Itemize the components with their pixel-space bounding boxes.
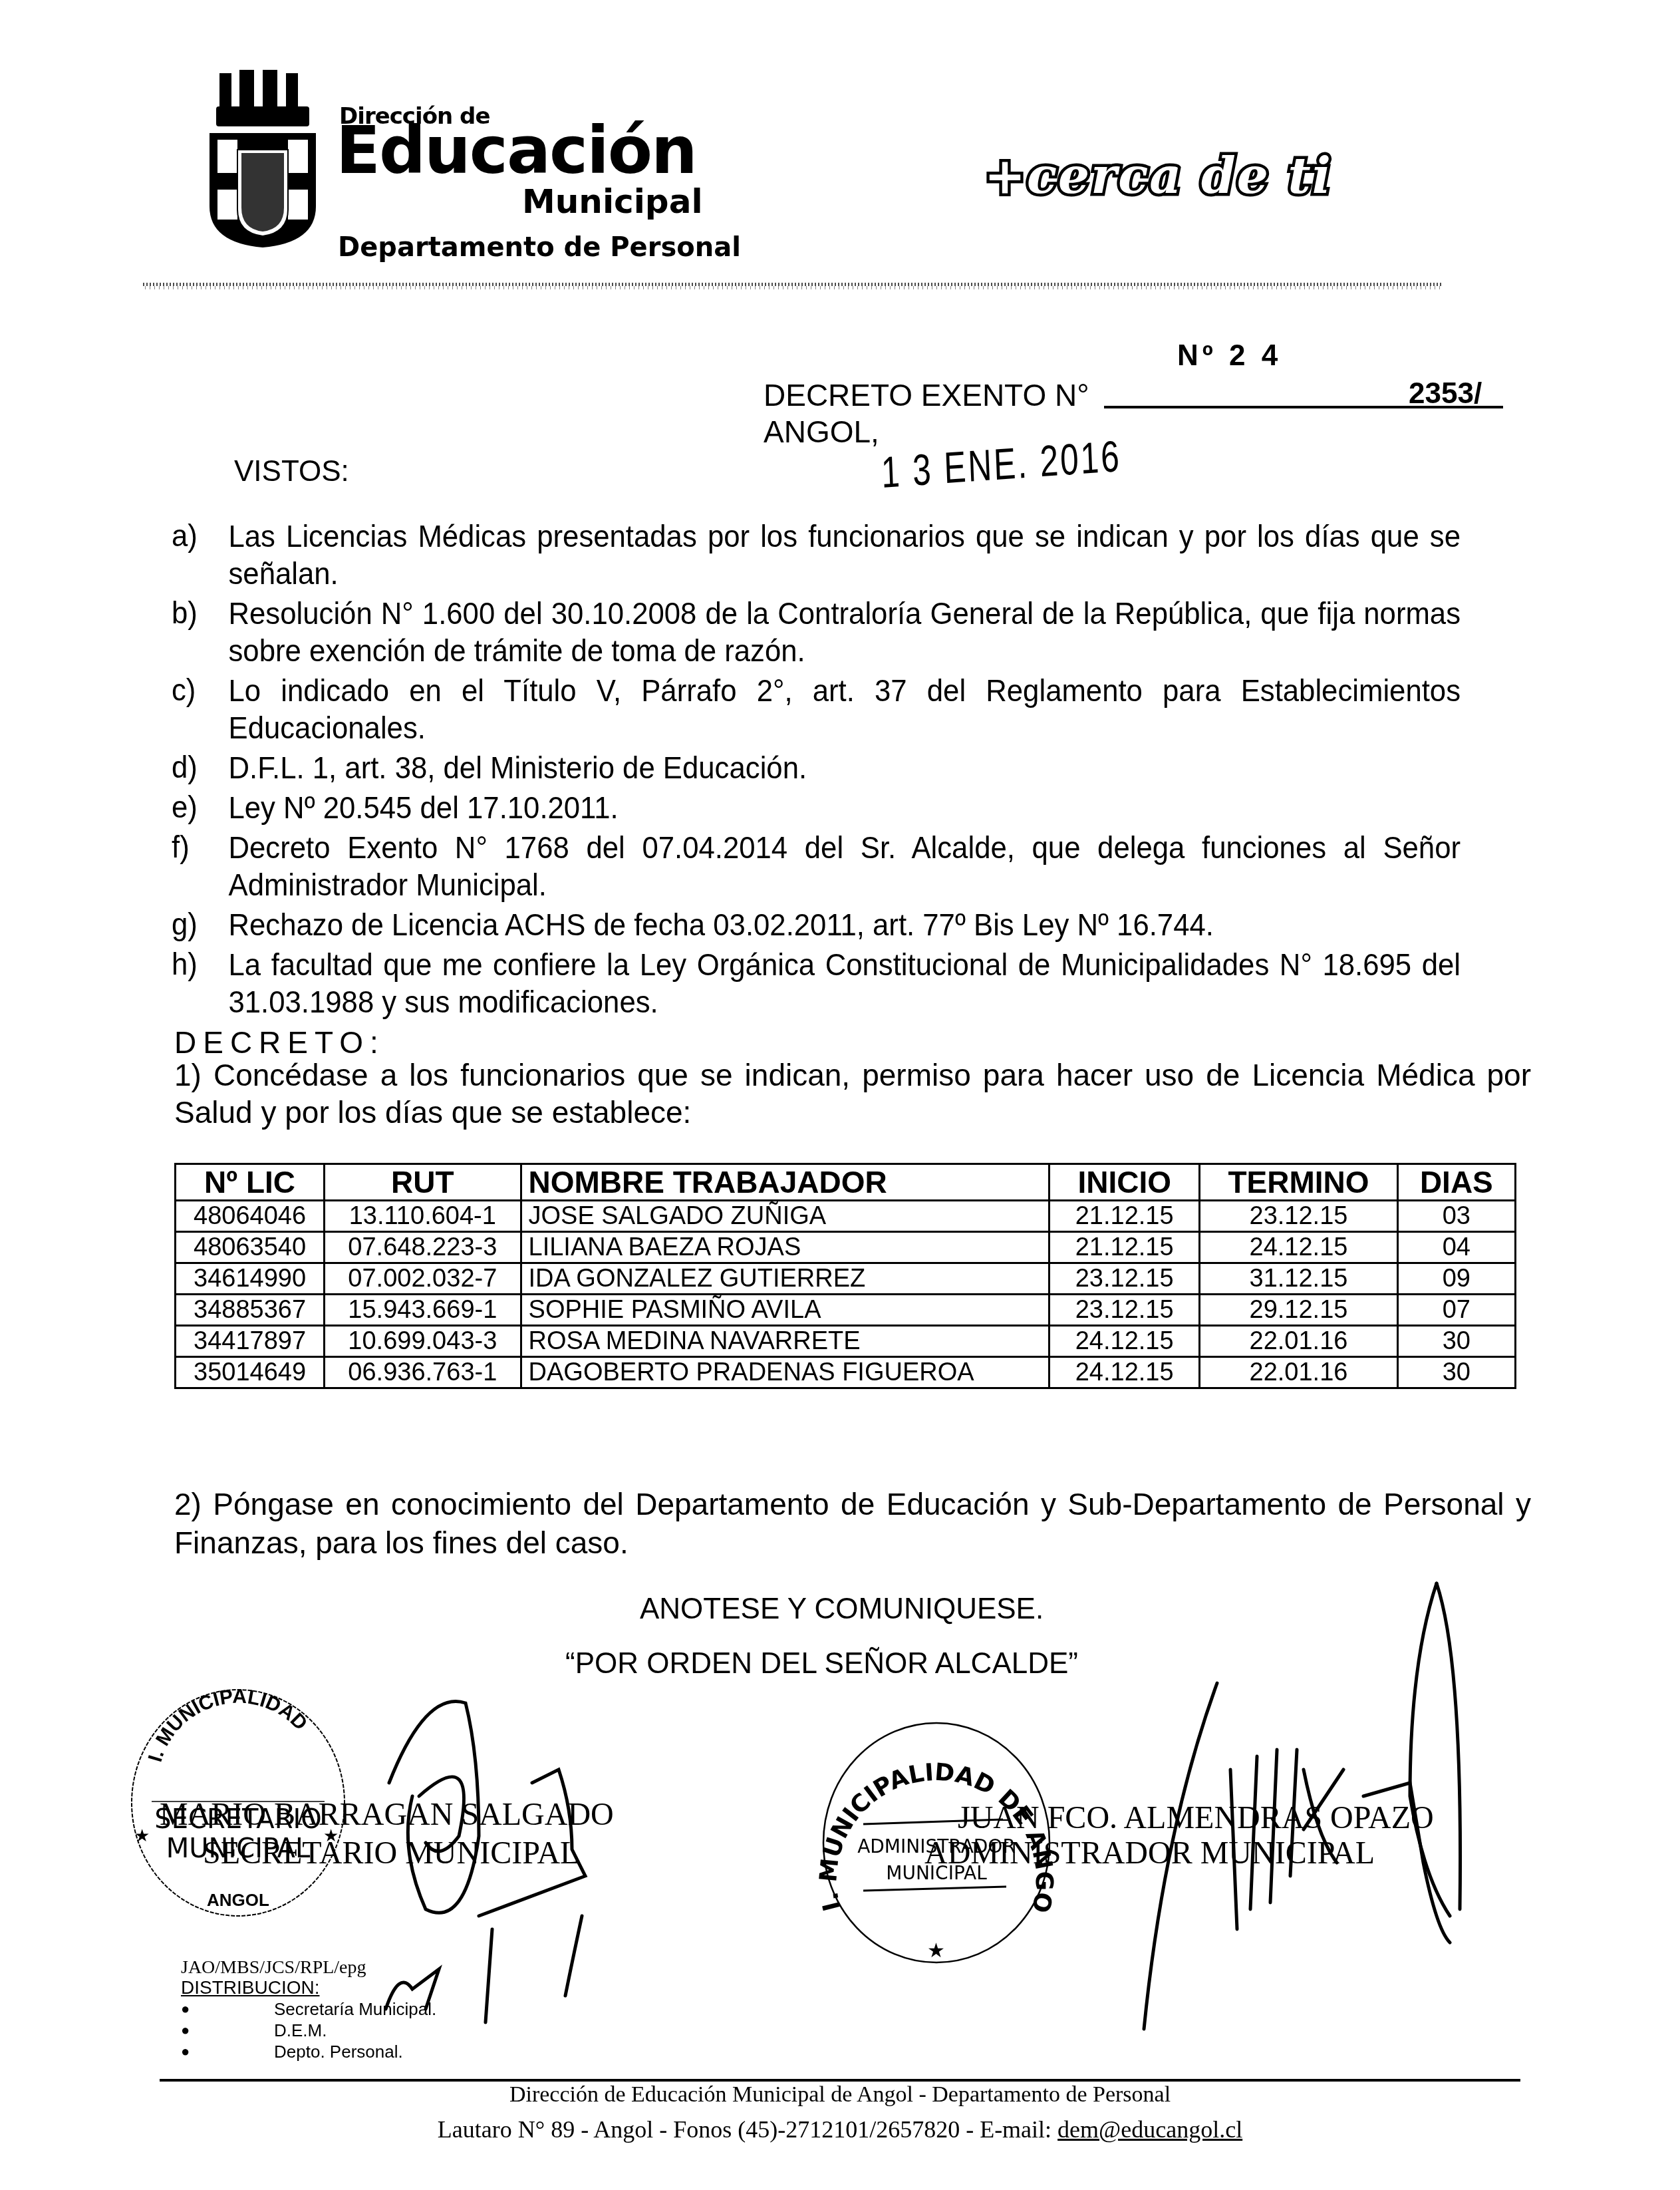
col-header-dias: DIAS [1397, 1164, 1515, 1201]
vistos-item-letter: e) [172, 789, 229, 826]
anotese-text: ANOTESE Y COMUNIQUESE. [640, 1593, 1044, 1626]
cell-nlic: 48064046 [176, 1201, 325, 1232]
table-header-row: Nº LIC RUT NOMBRE TRABAJADOR INICIO TERM… [176, 1164, 1516, 1201]
cell-rut: 15.943.669-1 [325, 1295, 521, 1326]
decreto-point-2: 2) Póngase en conocimiento del Departame… [174, 1485, 1531, 1562]
secretario-title: SECRETARIO MUNICIPAL [203, 1835, 579, 1871]
cell-inicio: 21.12.15 [1050, 1201, 1200, 1232]
distribution-item: ●D.E.M. [181, 2020, 436, 2041]
footer-email-link[interactable]: dem@educangol.cl [1057, 2116, 1242, 2143]
vistos-item-text: Ley Nº 20.545 del 17.10.2011. [229, 789, 1461, 826]
cell-rut: 07.648.223-3 [325, 1232, 521, 1263]
cell-dias: 07 [1397, 1295, 1515, 1326]
cell-rut: 13.110.604-1 [325, 1201, 521, 1232]
secretario-name: MARIO BARRAGAN SALGADO [160, 1796, 614, 1833]
cell-nombre: SOPHIE PASMIÑO AVILA [521, 1295, 1050, 1326]
vistos-item: b)Resolución N° 1.600 del 30.10.2008 de … [172, 595, 1461, 669]
vistos-item: d)D.F.L. 1, art. 38, del Ministerio de E… [172, 749, 1461, 786]
col-header-inicio: INICIO [1050, 1164, 1200, 1201]
cell-nlic: 34614990 [176, 1263, 325, 1295]
vistos-item-text: Lo indicado en el Título V, Párrafo 2°, … [229, 672, 1461, 746]
org-name-line3: Municipal [522, 185, 703, 218]
administrador-title: ADMINISTRADOR MUNICIPAL [924, 1835, 1375, 1871]
cell-inicio: 24.12.15 [1050, 1357, 1200, 1388]
vistos-item-letter: d) [172, 749, 229, 786]
table-body: 4806404613.110.604-1JOSE SALGADO ZUÑIGA2… [176, 1201, 1516, 1388]
vistos-item: f)Decreto Exento N° 1768 del 07.04.2014 … [172, 829, 1461, 903]
decreto-point-1: 1) Concédase a los funcionarios que se i… [174, 1056, 1531, 1131]
distribution-list: ●Secretaría Municipal. ●D.E.M. ●Depto. P… [181, 1998, 436, 2062]
cell-dias: 04 [1397, 1232, 1515, 1263]
table-row: 4806404613.110.604-1JOSE SALGADO ZUÑIGA2… [176, 1201, 1516, 1232]
distribution-item: ●Depto. Personal. [181, 2041, 436, 2062]
vistos-item-letter: a) [172, 518, 229, 592]
correlative-stamp: Nº 2 4 [1177, 339, 1282, 373]
cell-rut: 06.936.763-1 [325, 1357, 521, 1388]
vistos-item: g)Rechazo de Licencia ACHS de fecha 03.0… [172, 906, 1461, 943]
cell-termino: 29.12.15 [1200, 1295, 1397, 1326]
cell-nlic: 35014649 [176, 1357, 325, 1388]
svg-text:I. MUNICIPALIDAD: I. MUNICIPALIDAD [144, 1686, 312, 1764]
decreto-title: DECRETO: [174, 1024, 385, 1060]
cell-inicio: 21.12.15 [1050, 1232, 1200, 1263]
vistos-item-letter: b) [172, 595, 229, 669]
footer-org: Dirección de Educación Municipal de Ango… [0, 2082, 1680, 2108]
vistos-item: h)La facultad que me confiere la Ley Org… [172, 946, 1461, 1020]
municipal-crest-logo [203, 67, 323, 249]
vistos-item-text: D.F.L. 1, art. 38, del Ministerio de Edu… [229, 749, 1461, 786]
cell-rut: 10.699.043-3 [325, 1326, 521, 1357]
org-name-line2: Educación [336, 118, 696, 184]
col-header-rut: RUT [325, 1164, 521, 1201]
cell-termino: 23.12.15 [1200, 1201, 1397, 1232]
cell-nombre: JOSE SALGADO ZUÑIGA [521, 1201, 1050, 1232]
vistos-item: a)Las Licencias Médicas presentadas por … [172, 518, 1461, 592]
bullet-icon: ● [181, 2043, 274, 2060]
table-row: 3501464906.936.763-1DAGOBERTO PRADENAS F… [176, 1357, 1516, 1388]
cell-termino: 31.12.15 [1200, 1263, 1397, 1295]
cell-inicio: 23.12.15 [1050, 1295, 1200, 1326]
cell-nombre: DAGOBERTO PRADENAS FIGUEROA [521, 1357, 1050, 1388]
col-header-termino: TERMINO [1200, 1164, 1397, 1201]
table-row: 3441789710.699.043-3ROSA MEDINA NAVARRET… [176, 1326, 1516, 1357]
footer-divider [160, 2079, 1520, 2082]
vistos-item-letter: f) [172, 829, 229, 903]
slogan-logo: +cerca de ti [984, 148, 1332, 205]
table-row: 3488536715.943.669-1SOPHIE PASMIÑO AVILA… [176, 1295, 1516, 1326]
distribution-item-text: Depto. Personal. [274, 2042, 403, 2062]
decree-number: 2353/ [1409, 377, 1482, 410]
vistos-list: a)Las Licencias Médicas presentadas por … [172, 518, 1461, 1023]
cell-nombre: ROSA MEDINA NAVARRETE [521, 1326, 1050, 1357]
vistos-item-letter: c) [172, 672, 229, 746]
col-header-nlic: Nº LIC [176, 1164, 325, 1201]
svg-text:★: ★ [134, 1825, 150, 1845]
distribution-item-text: D.E.M. [274, 2020, 327, 2041]
footer-contact: Lautaro N° 89 - Angol - Fonos (45)-27121… [0, 2115, 1680, 2143]
svg-text:★: ★ [927, 1940, 945, 1962]
department-name: Departamento de Personal [338, 234, 741, 261]
cell-dias: 03 [1397, 1201, 1515, 1232]
cell-nlic: 34417897 [176, 1326, 325, 1357]
cell-nlic: 34885367 [176, 1295, 325, 1326]
cell-dias: 30 [1397, 1326, 1515, 1357]
footer-address: Lautaro N° 89 - Angol - Fonos (45)-27121… [438, 2116, 1057, 2143]
vistos-item: e)Ley Nº 20.545 del 17.10.2011. [172, 789, 1461, 826]
decree-city: ANGOL, [764, 414, 879, 450]
por-orden-text: “POR ORDEN DEL SEÑOR ALCALDE” [565, 1647, 1078, 1680]
vistos-item-text: Rechazo de Licencia ACHS de fecha 03.02.… [229, 906, 1461, 943]
cell-nlic: 48063540 [176, 1232, 325, 1263]
cell-termino: 22.01.16 [1200, 1357, 1397, 1388]
header-divider [143, 283, 1443, 289]
table-row: 4806354007.648.223-3LILIANA BAEZA ROJAS2… [176, 1232, 1516, 1263]
distribution-item: ●Secretaría Municipal. [181, 1998, 436, 2020]
distribution-title: DISTRIBUCION: [181, 1977, 319, 1998]
date-stamp: 1 3 ENE. 2016 [881, 430, 1122, 498]
cell-inicio: 23.12.15 [1050, 1263, 1200, 1295]
reference-initials: JAO/MBS/JCS/RPL/epg [181, 1957, 366, 1978]
vistos-item-letter: h) [172, 946, 229, 1020]
distribution-item-text: Secretaría Municipal. [274, 1999, 436, 2020]
cell-termino: 22.01.16 [1200, 1326, 1397, 1357]
table-row: 3461499007.002.032-7IDA GONZALEZ GUTIERR… [176, 1263, 1516, 1295]
col-header-nombre: NOMBRE TRABAJADOR [521, 1164, 1050, 1201]
medical-leave-table: Nº LIC RUT NOMBRE TRABAJADOR INICIO TERM… [174, 1163, 1516, 1389]
cell-dias: 30 [1397, 1357, 1515, 1388]
administrador-name: JUAN FCO. ALMENDRAS OPAZO [958, 1799, 1434, 1836]
decree-label: DECRETO EXENTO N° [764, 377, 1089, 413]
bullet-icon: ● [181, 2022, 274, 2039]
vistos-item-text: Resolución N° 1.600 del 30.10.2008 de la… [229, 595, 1461, 669]
vistos-item: c)Lo indicado en el Título V, Párrafo 2°… [172, 672, 1461, 746]
cell-nombre: IDA GONZALEZ GUTIERREZ [521, 1263, 1050, 1295]
vistos-item-text: Las Licencias Médicas presentadas por lo… [229, 518, 1461, 592]
vistos-item-text: La facultad que me confiere la Ley Orgán… [229, 946, 1461, 1020]
bullet-icon: ● [181, 2000, 274, 2018]
cell-rut: 07.002.032-7 [325, 1263, 521, 1295]
cell-termino: 24.12.15 [1200, 1232, 1397, 1263]
cell-inicio: 24.12.15 [1050, 1326, 1200, 1357]
cell-dias: 09 [1397, 1263, 1515, 1295]
vistos-item-letter: g) [172, 906, 229, 943]
cell-nombre: LILIANA BAEZA ROJAS [521, 1232, 1050, 1263]
stamp-left-bottom: ANGOL [207, 1890, 269, 1910]
stamp-left-ring-text: I. MUNICIPALIDAD [144, 1686, 312, 1764]
vistos-title: VISTOS: [234, 455, 349, 488]
vistos-item-text: Decreto Exento N° 1768 del 07.04.2014 de… [229, 829, 1461, 903]
